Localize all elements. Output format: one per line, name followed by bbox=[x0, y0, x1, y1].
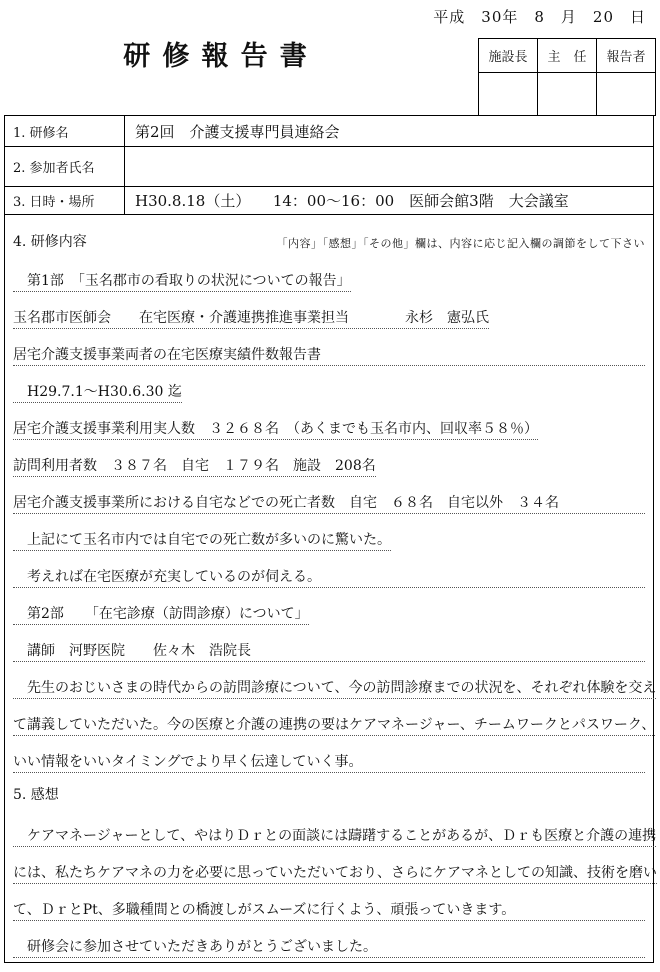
approval-header-chief: 主 任 bbox=[538, 39, 597, 73]
content-line: には、私たちケアマネの力を必要に思っていただいており、さらにケアマネとしての知識… bbox=[13, 847, 645, 884]
approval-header-row: 施設長 主 任 報告者 bbox=[479, 39, 656, 73]
training-name-value: 第2回 介護支援専門員連絡会 bbox=[125, 116, 653, 146]
content-line-text: 居宅介護支援事業利用実人数 ３２６８名 （あくまでも玉名市内、回収率５８％） bbox=[13, 421, 538, 440]
report-date: 平成 30年 8 月 20 日 bbox=[433, 6, 646, 27]
participants-label: 2. 参加者氏名 bbox=[5, 147, 125, 186]
content-line: 考えれば在宅医療が充実しているのが伺える。 bbox=[13, 551, 645, 588]
content-line-text: には、私たちケアマネの力を必要に思っていただいており、さらにケアマネとしての知識… bbox=[13, 865, 657, 884]
approval-stamp-row bbox=[479, 73, 656, 116]
content-line-text: 考えれば在宅医療が充実しているのが伺える。 bbox=[13, 569, 645, 588]
info-row-datetime-place: 3. 日時・場所 H30.8.18（土） 14：00～16：00 医師会館3階 … bbox=[5, 187, 653, 215]
training-content-section: 4. 研修内容 「内容」「感想」「その他」欄は、内容に応じ記入欄の調節をして下さ… bbox=[5, 215, 653, 958]
participants-value bbox=[125, 147, 653, 186]
content-line: 第1部 「玉名郡市の看取りの状況についての報告」 bbox=[13, 255, 645, 292]
content-line: 訪問利用者数 ３８７名 自宅 １７９名 施設 208名 bbox=[13, 440, 645, 477]
approval-header-reporter: 報告者 bbox=[597, 39, 656, 73]
content-line: 玉名郡市医師会 在宅医療・介護連携推進事業担当 永杉 憲弘氏 bbox=[13, 292, 645, 329]
content-line-text: て講義していただいた。今の医療と介護の連携の要はケアマネージャー、チームワークと… bbox=[13, 717, 655, 736]
approval-stamp-table: 施設長 主 任 報告者 bbox=[478, 38, 656, 116]
page-title: 研修報告書 bbox=[0, 34, 430, 73]
content-line-text: 居宅介護支援事業所における自宅などでの死亡者数 自宅 ６８名 自宅以外 ３４名 bbox=[13, 495, 645, 514]
section4-label: 4. 研修内容 bbox=[13, 231, 87, 251]
content-line-text: 上記にて玉名市内では自宅での死亡数が多いのに驚いた。 bbox=[13, 532, 391, 551]
content-line-text: H29.7.1～H30.6.30 迄 bbox=[13, 384, 182, 403]
content-line-text: 居宅介護支援事業両者の在宅医療実績件数報告書 bbox=[13, 347, 645, 366]
content-line-text: 先生のおじいさまの時代からの訪問診療について、今の訪問診療までの状況を、それぞれ… bbox=[13, 680, 656, 699]
content-line: て、ＤｒとPt、多職種間との橋渡しがスムーズに行くよう、頑張っていきます。 bbox=[13, 884, 645, 921]
content-line-text: 講師 河野医院 佐々木 浩院長 bbox=[13, 643, 645, 662]
approval-stamp-cell-chief bbox=[538, 73, 597, 116]
section4-note: 「内容」「感想」「その他」欄は、内容に応じ記入欄の調節をして下さい bbox=[277, 235, 646, 251]
content-line-text: 第2部 「在宅診療（訪問診療）について」 bbox=[13, 606, 309, 625]
content-line-text: て、ＤｒとPt、多職種間との橋渡しがスムーズに行くよう、頑張っていきます。 bbox=[13, 902, 645, 921]
content-line: いい情報をいいタイミングでより早く伝達していく事。 bbox=[13, 736, 645, 773]
approval-stamp-cell-reporter bbox=[597, 73, 656, 116]
content-line: て講義していただいた。今の医療と介護の連携の要はケアマネージャー、チームワークと… bbox=[13, 699, 645, 736]
section4-header: 4. 研修内容 「内容」「感想」「その他」欄は、内容に応じ記入欄の調節をして下さ… bbox=[13, 215, 645, 255]
content-line: H29.7.1～H30.6.30 迄 bbox=[13, 366, 645, 403]
section5-label: 5. 感想 bbox=[13, 784, 59, 804]
training-name-label: 1. 研修名 bbox=[5, 116, 125, 146]
content-line-text: いい情報をいいタイミングでより早く伝達していく事。 bbox=[13, 754, 645, 773]
info-row-training-name: 1. 研修名 第2回 介護支援専門員連絡会 bbox=[5, 116, 653, 147]
content-line: 上記にて玉名市内では自宅での死亡数が多いのに驚いた。 bbox=[13, 514, 645, 551]
content-line: 講師 河野医院 佐々木 浩院長 bbox=[13, 625, 645, 662]
content-line: 居宅介護支援事業両者の在宅医療実績件数報告書 bbox=[13, 329, 645, 366]
section5-header: 5. 感想 bbox=[13, 773, 645, 810]
content-line: ケアマネージャーとして、やはりＤｒとの面談には躊躇することがあるが、Ｄｒも医療と… bbox=[13, 810, 645, 847]
content-line-text: ケアマネージャーとして、やはりＤｒとの面談には躊躇することがあるが、Ｄｒも医療と… bbox=[13, 828, 656, 847]
content-line-text: 研修会に参加させていただきありがとうございました。 bbox=[13, 939, 645, 958]
approval-stamp-cell-facility-director bbox=[479, 73, 538, 116]
content-line-text: 訪問利用者数 ３８７名 自宅 １７９名 施設 208名 bbox=[13, 458, 376, 477]
content-line-text: 玉名郡市医師会 在宅医療・介護連携推進事業担当 永杉 憲弘氏 bbox=[13, 310, 489, 329]
content-line: 居宅介護支援事業所における自宅などでの死亡者数 自宅 ６８名 自宅以外 ３４名 bbox=[13, 477, 645, 514]
datetime-place-value: H30.8.18（土） 14：00～16：00 医師会館3階 大会議室 bbox=[125, 187, 653, 214]
content-line: 第2部 「在宅診療（訪問診療）について」 bbox=[13, 588, 645, 625]
content-line: 先生のおじいさまの時代からの訪問診療について、今の訪問診療までの状況を、それぞれ… bbox=[13, 662, 645, 699]
content-line: 研修会に参加させていただきありがとうございました。 bbox=[13, 921, 645, 958]
datetime-place-label: 3. 日時・場所 bbox=[5, 187, 125, 214]
content-line-text: 第1部 「玉名郡市の看取りの状況についての報告」 bbox=[13, 273, 351, 292]
approval-header-facility-director: 施設長 bbox=[479, 39, 538, 73]
info-row-participants: 2. 参加者氏名 bbox=[5, 147, 653, 187]
report-body-table: 1. 研修名 第2回 介護支援専門員連絡会 2. 参加者氏名 3. 日時・場所 … bbox=[4, 115, 654, 963]
training-report-page: 平成 30年 8 月 20 日 研修報告書 施設長 主 任 報告者 1. 研修名… bbox=[0, 0, 660, 972]
content-line: 居宅介護支援事業利用実人数 ３２６８名 （あくまでも玉名市内、回収率５８％） bbox=[13, 403, 645, 440]
